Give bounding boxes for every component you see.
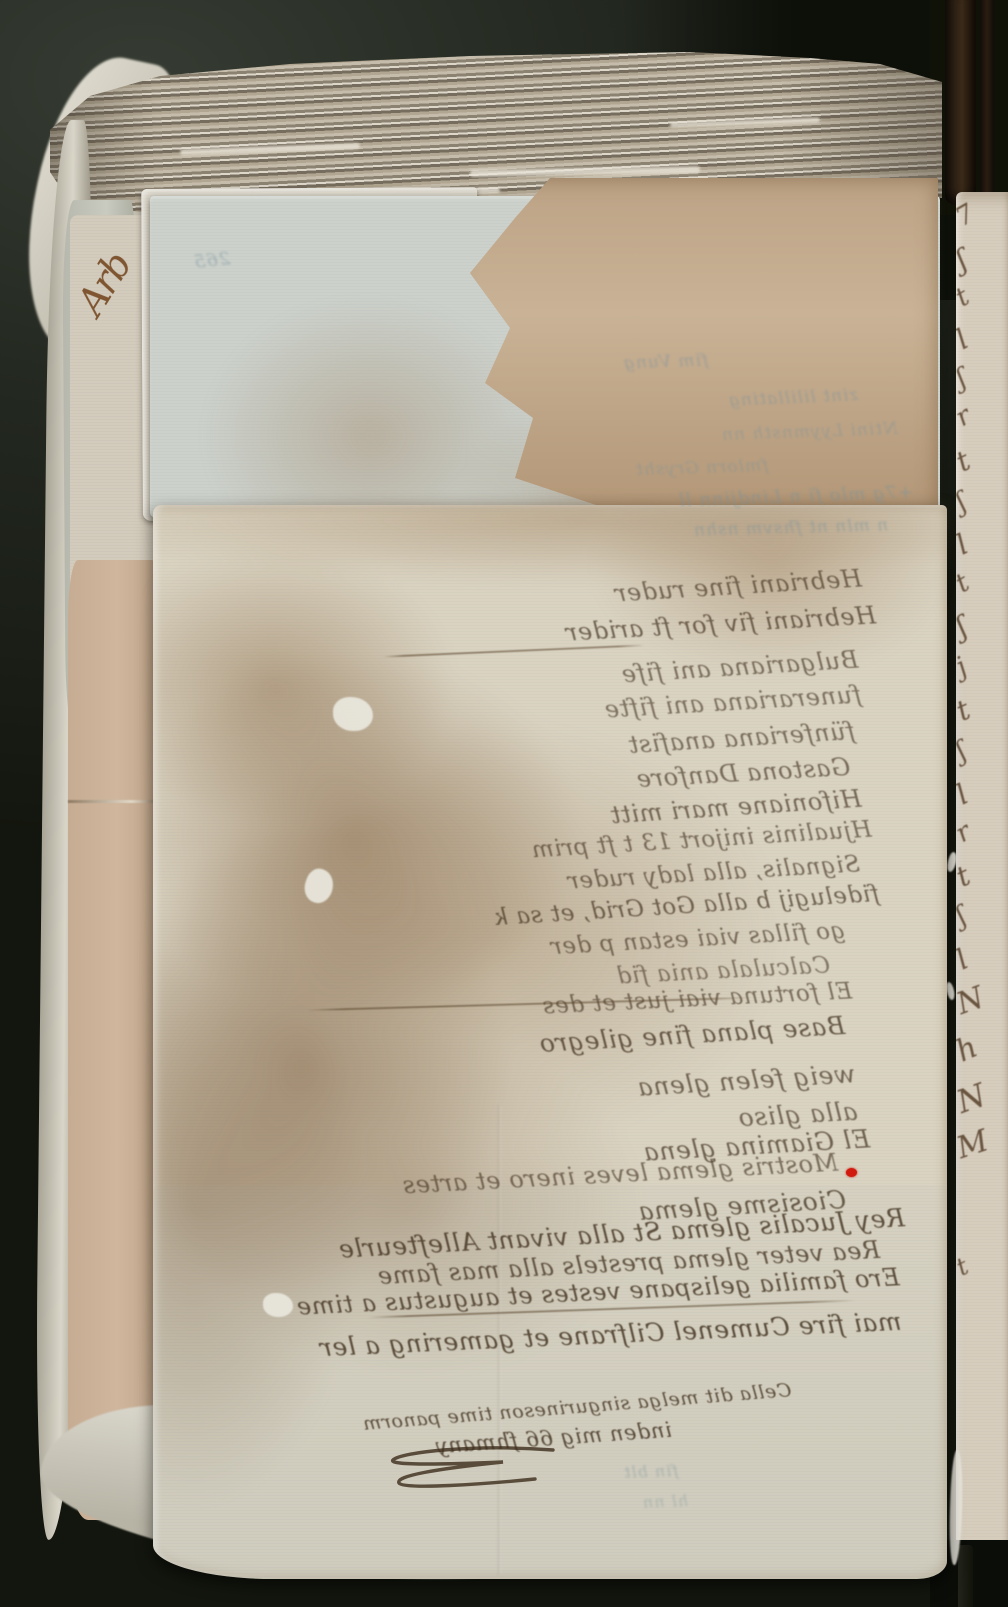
faint-bleed-line: +7g mlo fi n Lindjinn ll — [678, 482, 914, 511]
folio-number: 265 — [192, 248, 231, 273]
faint-bleed-line: n mln nt fhsvm nshn — [693, 515, 889, 540]
bleedthrough-line: Hebriani fiv for ft arider — [564, 601, 876, 646]
faint-bleed-line: fmlorn Grysht — [634, 456, 768, 481]
red-dot — [846, 1168, 857, 1177]
ink-rule — [383, 644, 645, 657]
bleedthrough-line: Hebriani fine ruder — [613, 564, 862, 607]
margin-inscription: Arb — [68, 245, 139, 323]
faint-bleed-line: fin blt — [622, 1461, 678, 1482]
faint-bleed-line: hl nn — [642, 1491, 689, 1512]
faint-bleed-line: fim Vung — [622, 351, 708, 374]
faint-bleed-line: zint lilillating — [727, 385, 858, 411]
archive-photo: 7ʃtlʃrtʃltʃjtʃlrtʃlNhNMt Arb Hebriani fi… — [0, 0, 1008, 1607]
bleedthrough-line: fünferiana anafist — [627, 717, 855, 759]
bleedthrough-line: Base plana fine gilegro — [538, 1011, 846, 1058]
bleedthrough-overlay: Arb Hebriani fine ruderHebriani fiv for … — [0, 0, 1008, 1607]
faint-bleed-line: Ntini Lyymnsth nn — [721, 419, 899, 445]
bleedthrough-line: weig felen glena — [636, 1059, 856, 1102]
